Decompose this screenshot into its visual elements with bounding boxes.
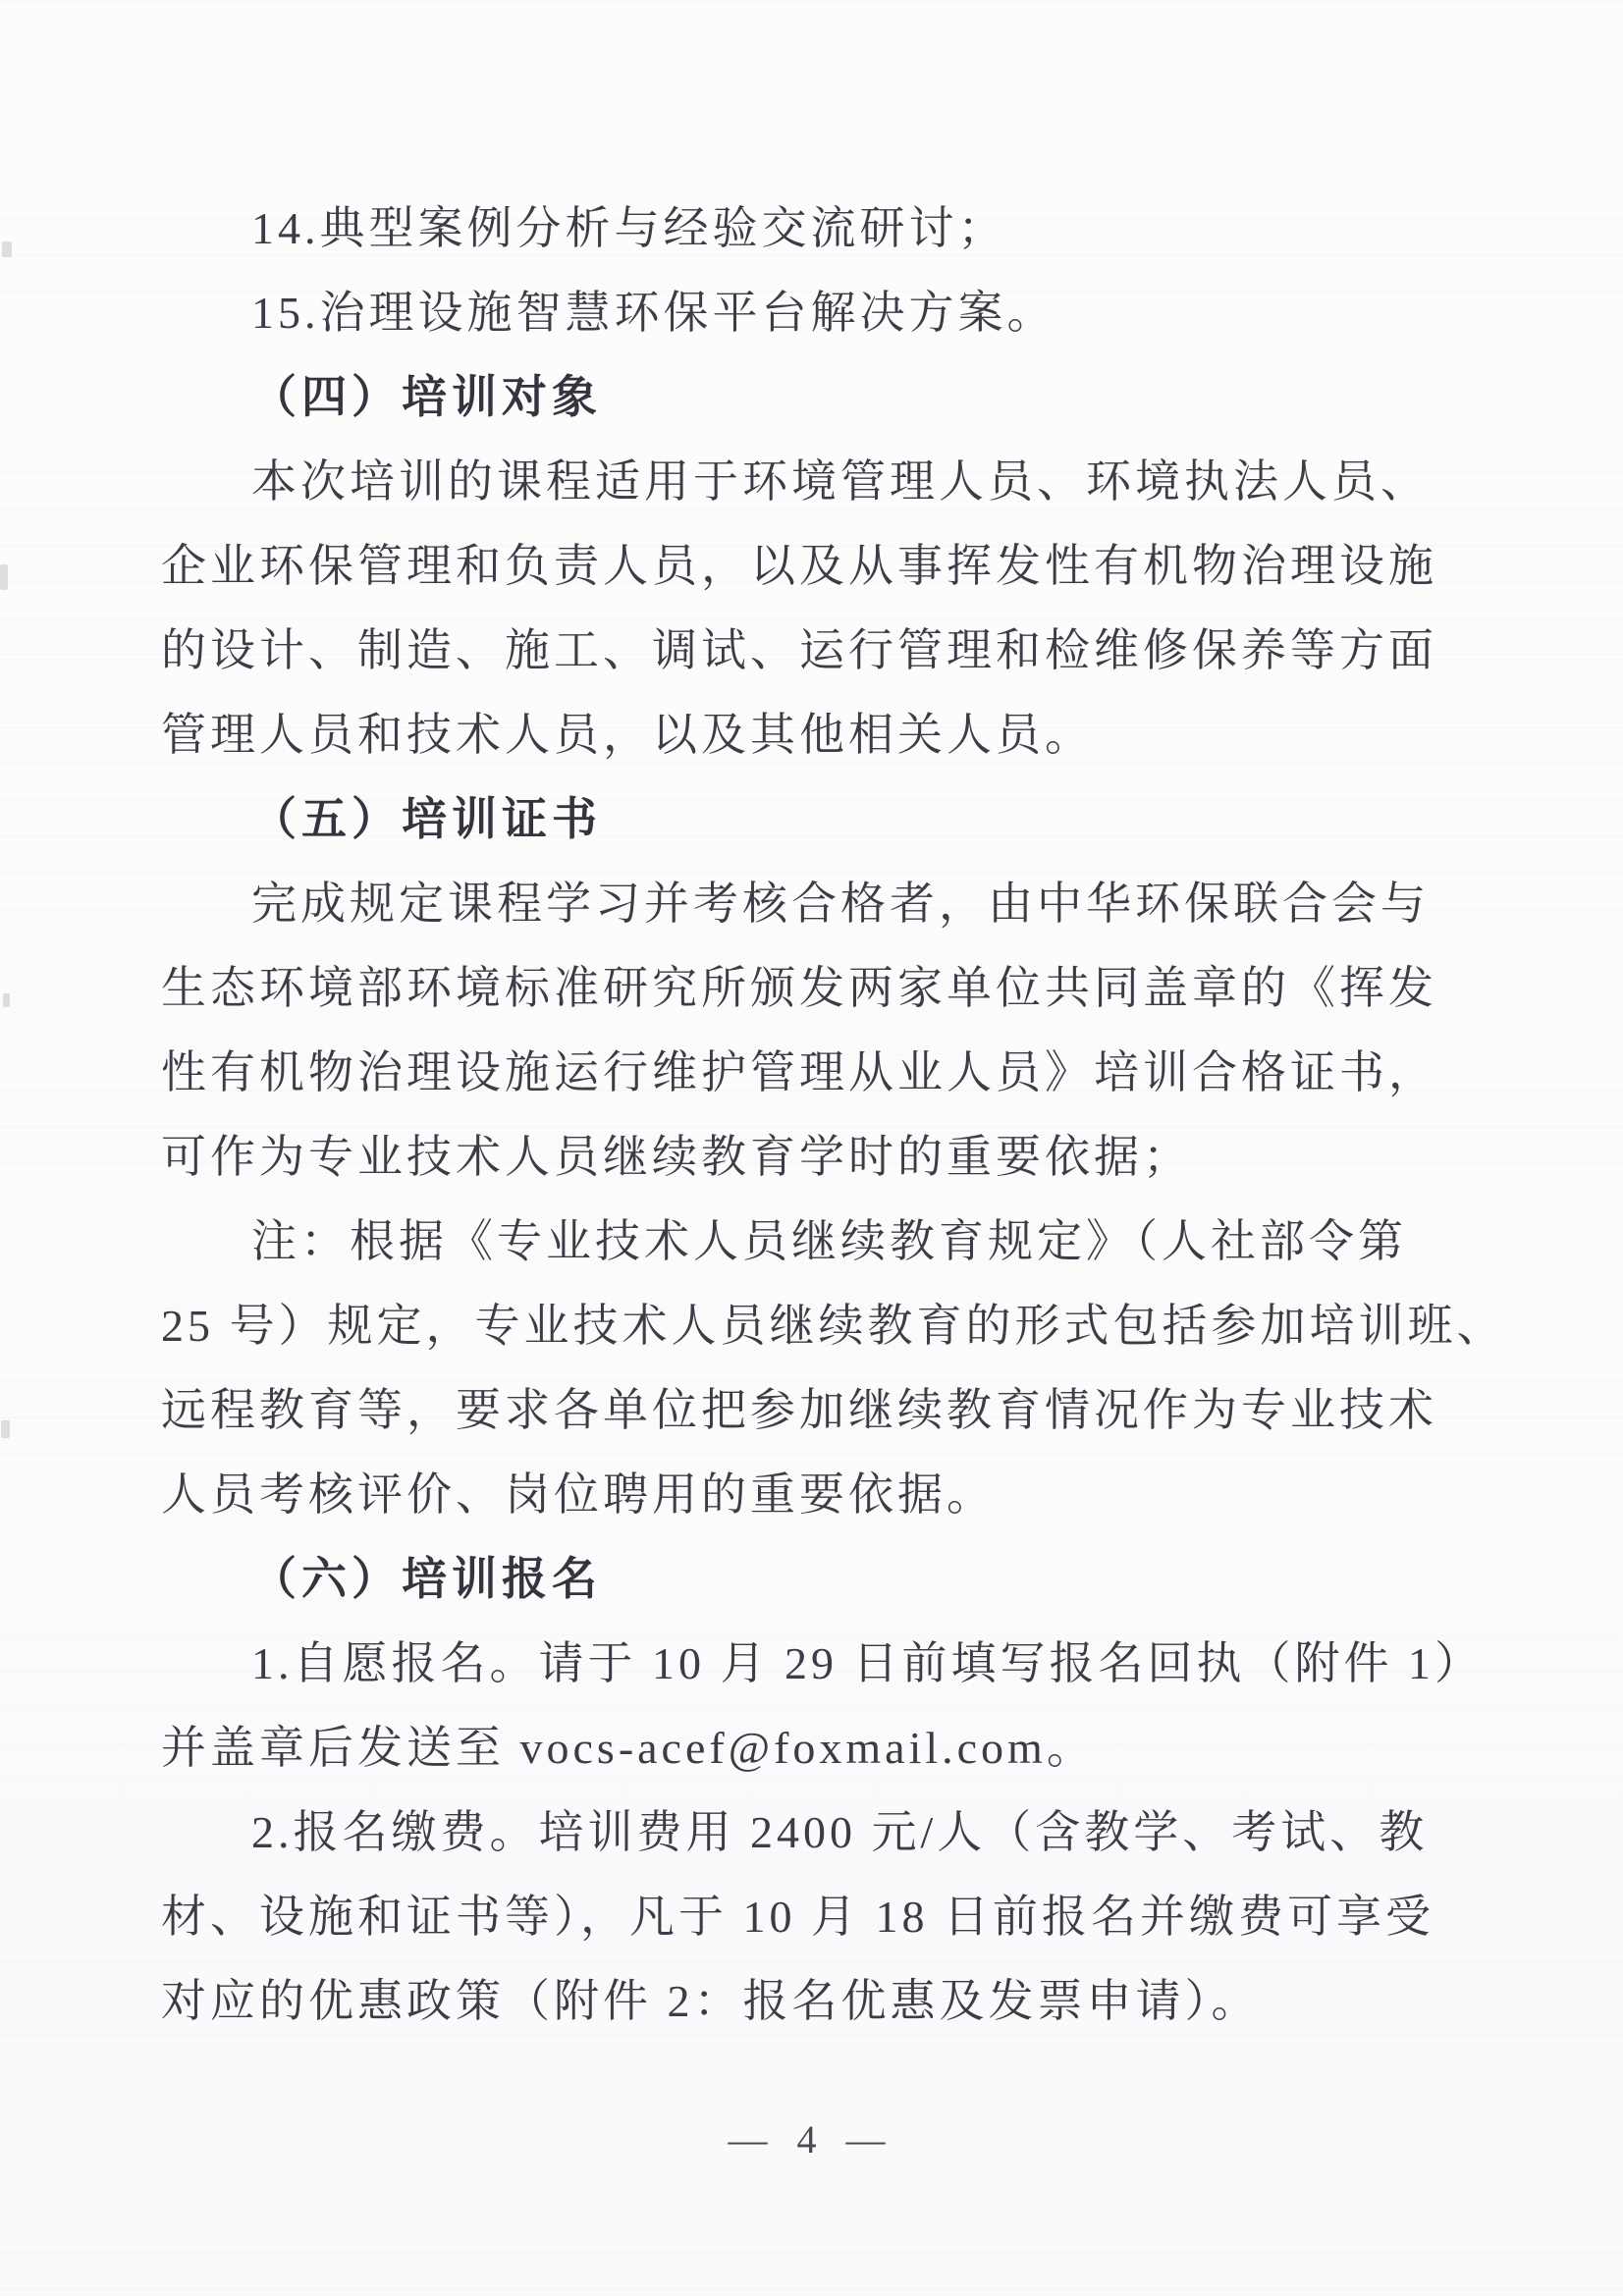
section-heading-training-targets: （四）培训对象 — [161, 355, 1467, 440]
scan-artifact — [2, 241, 12, 257]
registration-email-line: 并盖章后发送至 vocs-acef@foxmail.com。 — [161, 1706, 1467, 1790]
scan-artifact — [0, 564, 8, 590]
section-heading-training-registration: （六）培训报名 — [161, 1537, 1467, 1622]
paragraph-line: 管理人员和技术人员，以及其他相关人员。 — [161, 693, 1467, 777]
payment-line: 2.报名缴费。培训费用 2400 元/人（含教学、考试、教 — [161, 1790, 1467, 1875]
note-line: 25 号）规定，专业技术人员继续教育的形式包括参加培训班、 — [161, 1284, 1467, 1368]
paragraph-line: 本次培训的课程适用于环境管理人员、环境执法人员、 — [161, 440, 1467, 524]
paragraph-line: 企业环保管理和负责人员，以及从事挥发性有机物治理设施 — [161, 524, 1467, 609]
paragraph-line: 可作为专业技术人员继续教育学时的重要依据； — [161, 1115, 1467, 1200]
payment-line: 对应的优惠政策（附件 2：报名优惠及发票申请）。 — [161, 1959, 1467, 2044]
document-page: 14.典型案例分析与经验交流研讨； 15.治理设施智慧环保平台解决方案。 （四）… — [0, 0, 1623, 2296]
paragraph-line: 完成规定课程学习并考核合格者，由中华环保联合会与 — [161, 862, 1467, 946]
page-number: — 4 — — [0, 2110, 1623, 2169]
note-line: 注：根据《专业技术人员继续教育规定》（人社部令第 — [161, 1200, 1467, 1284]
scan-artifact — [1, 1420, 10, 1438]
registration-line: 1.自愿报名。请于 10 月 29 日前填写报名回执（附件 1） — [161, 1622, 1467, 1706]
note-line: 远程教育等，要求各单位把参加继续教育情况作为专业技术 — [161, 1368, 1467, 1453]
note-line: 人员考核评价、岗位聘用的重要依据。 — [161, 1453, 1467, 1537]
paragraph-line: 的设计、制造、施工、调试、运行管理和检维修保养等方面 — [161, 609, 1467, 693]
scan-artifact — [3, 993, 10, 1007]
paragraph-line: 性有机物治理设施运行维护管理从业人员》培训合格证书， — [161, 1031, 1467, 1115]
payment-line: 材、设施和证书等），凡于 10 月 18 日前报名并缴费可享受 — [161, 1875, 1467, 1959]
document-body: 14.典型案例分析与经验交流研讨； 15.治理设施智慧环保平台解决方案。 （四）… — [161, 187, 1467, 2044]
paragraph-line: 生态环境部环境标准研究所颁发两家单位共同盖章的《挥发 — [161, 946, 1467, 1031]
list-item-14: 14.典型案例分析与经验交流研讨； — [161, 187, 1467, 271]
list-item-15: 15.治理设施智慧环保平台解决方案。 — [161, 271, 1467, 355]
section-heading-training-certificate: （五）培训证书 — [161, 777, 1467, 862]
